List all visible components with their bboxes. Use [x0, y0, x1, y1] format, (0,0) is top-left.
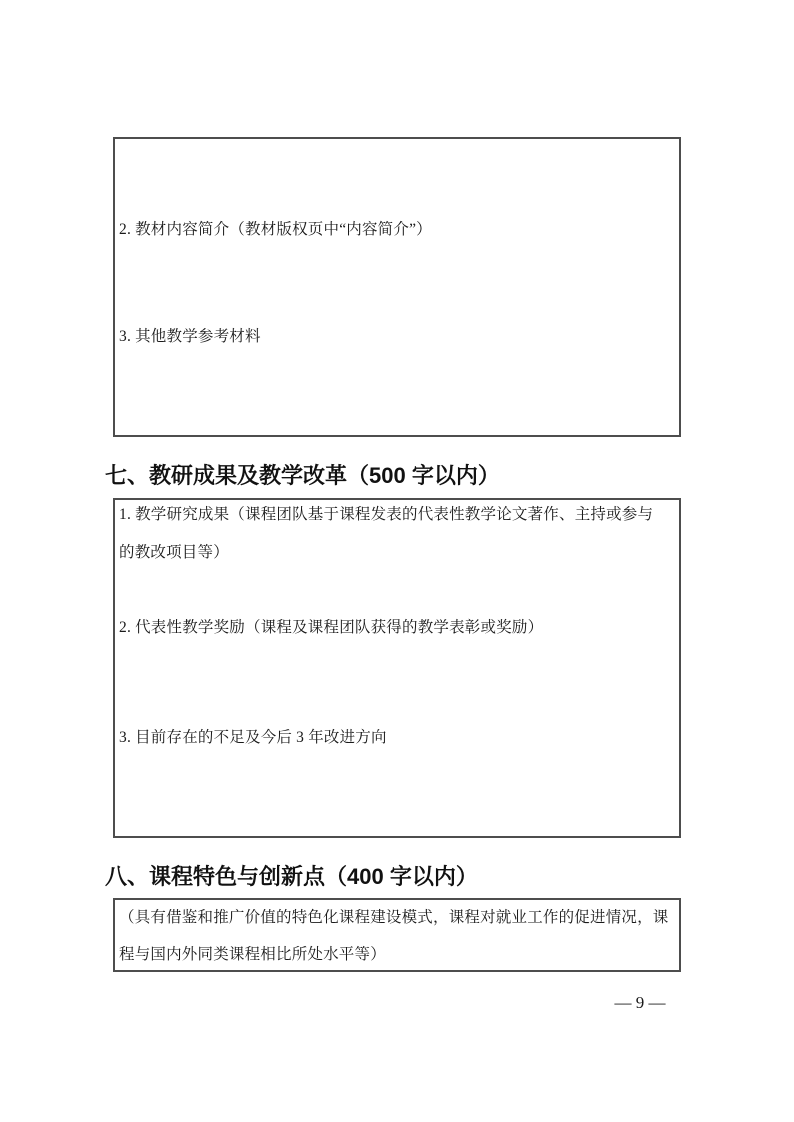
page-number: — 9 —	[595, 993, 685, 1013]
section-7-heading: 七、教研成果及教学改革（500 字以内）	[105, 460, 500, 492]
section-8-heading: 八、课程特色与创新点（400 字以内）	[105, 861, 478, 893]
section-8-note-line-1: （具有借鉴和推广价值的特色化课程建设模式，课程对就业工作的促进情况，课	[119, 903, 675, 933]
section-7-item-2: 2. 代表性教学奖励（课程及课程团队获得的教学表彰或奖励）	[119, 613, 675, 643]
document-page: 2. 教材内容简介（教材版权页中“内容简介”） 3. 其他教学参考材料 七、教研…	[0, 0, 794, 1122]
materials-item-2: 2. 教材内容简介（教材版权页中“内容简介”）	[119, 215, 675, 245]
section-7-item-1-line-2: 的教改项目等）	[119, 538, 675, 568]
section-7-item-1-line-1: 1. 教学研究成果（课程团队基于课程发表的代表性教学论文著作、主持或参与	[119, 500, 675, 530]
section-7-item-3: 3. 目前存在的不足及今后 3 年改进方向	[119, 723, 675, 753]
materials-content-box	[113, 137, 681, 437]
section-8-note-line-2: 程与国内外同类课程相比所处水平等）	[119, 940, 675, 970]
materials-item-3: 3. 其他教学参考材料	[119, 322, 675, 352]
